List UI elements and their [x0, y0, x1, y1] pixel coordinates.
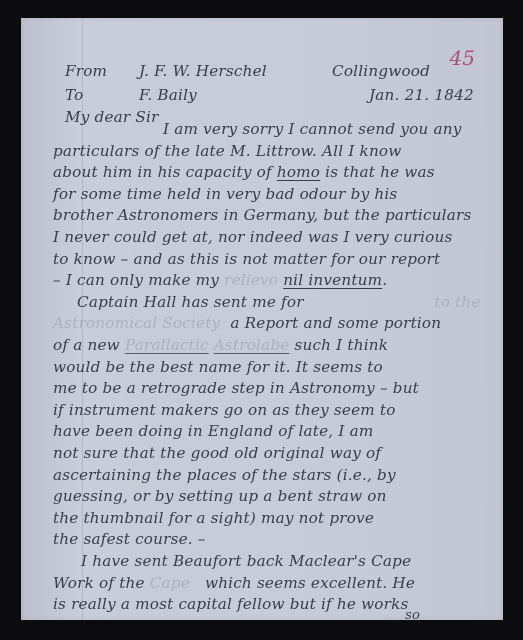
body-line: for some time held in very bad odour by … — [53, 185, 397, 203]
text-faint: Astronomical Society — [53, 314, 220, 332]
text-run: the thumbnail for a sight) may not prove — [53, 509, 374, 527]
text-run: is that he was — [320, 163, 435, 181]
body-line: would be the best name for it. It seems … — [53, 358, 383, 376]
text-faint-ul: Parallactic — [125, 336, 209, 354]
text-run: particulars of the late M. Littrow. All … — [53, 142, 401, 160]
text-run: I never could get at, nor indeed was I v… — [53, 228, 453, 246]
text-run: if instrument makers go on as they seem … — [53, 401, 396, 419]
text-run: is really a most capital fellow but if h… — [53, 595, 408, 613]
body-line: about him in his capacity of homo is tha… — [53, 163, 435, 181]
text-run: which seems excellent. He — [190, 574, 415, 592]
text-run: a Report and some portion — [220, 314, 441, 332]
body-line: guessing, or by setting up a bent straw … — [53, 487, 387, 505]
text-run: for some time held in very bad odour by … — [53, 185, 397, 203]
body-line: Work of the Cape which seems excellent. … — [53, 574, 415, 592]
text-run: me to be a retrograde step in Astronomy … — [53, 379, 419, 397]
text-run: guessing, or by setting up a bent straw … — [53, 487, 387, 505]
folio-number: 45 — [450, 46, 475, 70]
text-underline: nil inventum — [283, 271, 382, 289]
body-line: to know – and as this is not matter for … — [53, 250, 440, 268]
body-line: – I can only make my relievo nil inventu… — [53, 271, 387, 289]
text-run: Work of the — [53, 574, 150, 592]
date: Jan. 21. 1842 — [369, 86, 474, 104]
body-line: is really a most capital fellow but if h… — [53, 595, 408, 613]
text-run: such I think — [289, 336, 388, 354]
text-run: of a new — [53, 336, 125, 354]
text-faint-ul: Astrolabe — [214, 336, 290, 354]
body-line: me to be a retrograde step in Astronomy … — [53, 379, 419, 397]
body-line: particulars of the late M. Littrow. All … — [53, 142, 401, 160]
from-name: J. F. W. Herschel — [139, 62, 267, 80]
text-run: have been doing in England of late, I am — [53, 422, 373, 440]
body-line: have been doing in England of late, I am — [53, 422, 373, 440]
text-run: I am very sorry I cannot send you any — [163, 120, 462, 138]
body-line: if instrument makers go on as they seem … — [53, 401, 396, 419]
text-run: I have sent Beaufort back Maclear's Cape — [81, 552, 411, 570]
text-underline: homo — [277, 163, 320, 181]
body-line: I am very sorry I cannot send you any — [163, 120, 462, 138]
text-run: would be the best name for it. It seems … — [53, 358, 383, 376]
catchword: so — [405, 608, 420, 623]
text-run: to know – and as this is not matter for … — [53, 250, 440, 268]
body-line: Captain Hall has sent me for to the — [77, 293, 481, 311]
body-line: Astronomical Society a Report and some p… — [53, 314, 441, 332]
body-line: I never could get at, nor indeed was I v… — [53, 228, 453, 246]
text-faint: Cape — [150, 574, 190, 592]
manuscript-page: 45 From J. F. W. Herschel Collingwood To… — [21, 18, 503, 620]
text-run: brother Astronomers in Germany, but the … — [53, 206, 471, 224]
to-label: To — [65, 86, 84, 104]
place: Collingwood — [332, 62, 430, 80]
body-line: of a new Parallactic Astrolabe such I th… — [53, 336, 388, 354]
text-faint: relievo — [224, 271, 278, 289]
text-run: Captain Hall has sent me for — [77, 293, 304, 311]
text-run: about him in his capacity of — [53, 163, 277, 181]
body-line: the safest course. – — [53, 530, 206, 548]
text-run: ascertaining the places of the stars (i.… — [53, 466, 396, 484]
body-line: not sure that the good old original way … — [53, 444, 381, 462]
from-label: From — [65, 62, 107, 80]
text-run: – I can only make my — [53, 271, 224, 289]
text-run: the safest course. – — [53, 530, 206, 548]
body-line: I have sent Beaufort back Maclear's Cape — [81, 552, 411, 570]
text-run: . — [382, 271, 387, 289]
body-line: the thumbnail for a sight) may not prove — [53, 509, 374, 527]
body-line: ascertaining the places of the stars (i.… — [53, 466, 396, 484]
text-faint: to the — [304, 293, 481, 311]
to-name: F. Baily — [139, 86, 197, 104]
body-line: brother Astronomers in Germany, but the … — [53, 206, 471, 224]
text-run: not sure that the good old original way … — [53, 444, 381, 462]
salutation: My dear Sir — [65, 108, 159, 126]
